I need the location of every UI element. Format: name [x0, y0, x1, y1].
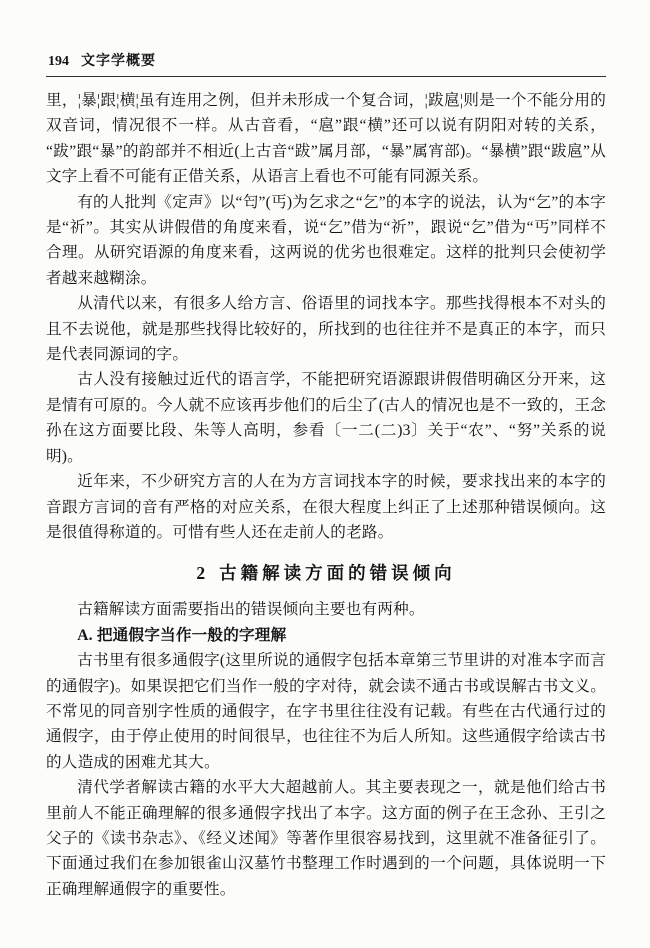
paragraph: 近年来，不少研究方言的人在为方言词找本字的时候，要求找出来的本字的音跟方言词的音…: [46, 469, 606, 545]
paragraph: 有的人批判《定声》以“匄”(丐)为乞求之“乞”的本字的说法，认为“乞”的本字是“…: [46, 190, 606, 292]
paragraph-continuation: 里，¦暴¦跟¦横¦虽有连用之例，但并未形成一个复合词，¦跋扈¦则是一个不能分用的…: [46, 88, 606, 190]
header-rule: [46, 76, 606, 77]
paragraph: 从清代以来，有很多人给方言、俗语里的词找本字。那些找得根本不对头的且不去说他，就…: [46, 291, 606, 367]
book-title: 文字学概要: [81, 50, 156, 70]
paragraph: 清代学者解读古籍的水平大大超越前人。其主要表现之一，就是他们给古书里前人不能正确…: [46, 775, 606, 902]
running-header: 194 文字学概要: [46, 50, 606, 76]
section-title: 古籍解读方面的错误倾向: [219, 563, 456, 583]
subsection-heading: A. 把通假字当作一般的字理解: [46, 623, 606, 648]
page-number: 194: [48, 54, 69, 70]
book-page: 194 文字学概要 里，¦暴¦跟¦横¦虽有连用之例，但并未形成一个复合词，¦跋扈…: [0, 0, 650, 948]
page-body: 里，¦暴¦跟¦横¦虽有连用之例，但并未形成一个复合词，¦跋扈¦则是一个不能分用的…: [46, 88, 606, 902]
section-heading: 2古籍解读方面的错误倾向: [46, 560, 606, 585]
paragraph: 古籍解读方面需要指出的错误倾向主要也有两种。: [46, 597, 606, 622]
section-number: 2: [196, 563, 205, 583]
paragraph: 古人没有接触过近代的语言学，不能把研究语源跟讲假借明确区分开来，这是情有可原的。…: [46, 367, 606, 469]
paragraph: 古书里有很多通假字(这里所说的通假字包括本章第三节里讲的对准本字而言的通假字)。…: [46, 648, 606, 775]
